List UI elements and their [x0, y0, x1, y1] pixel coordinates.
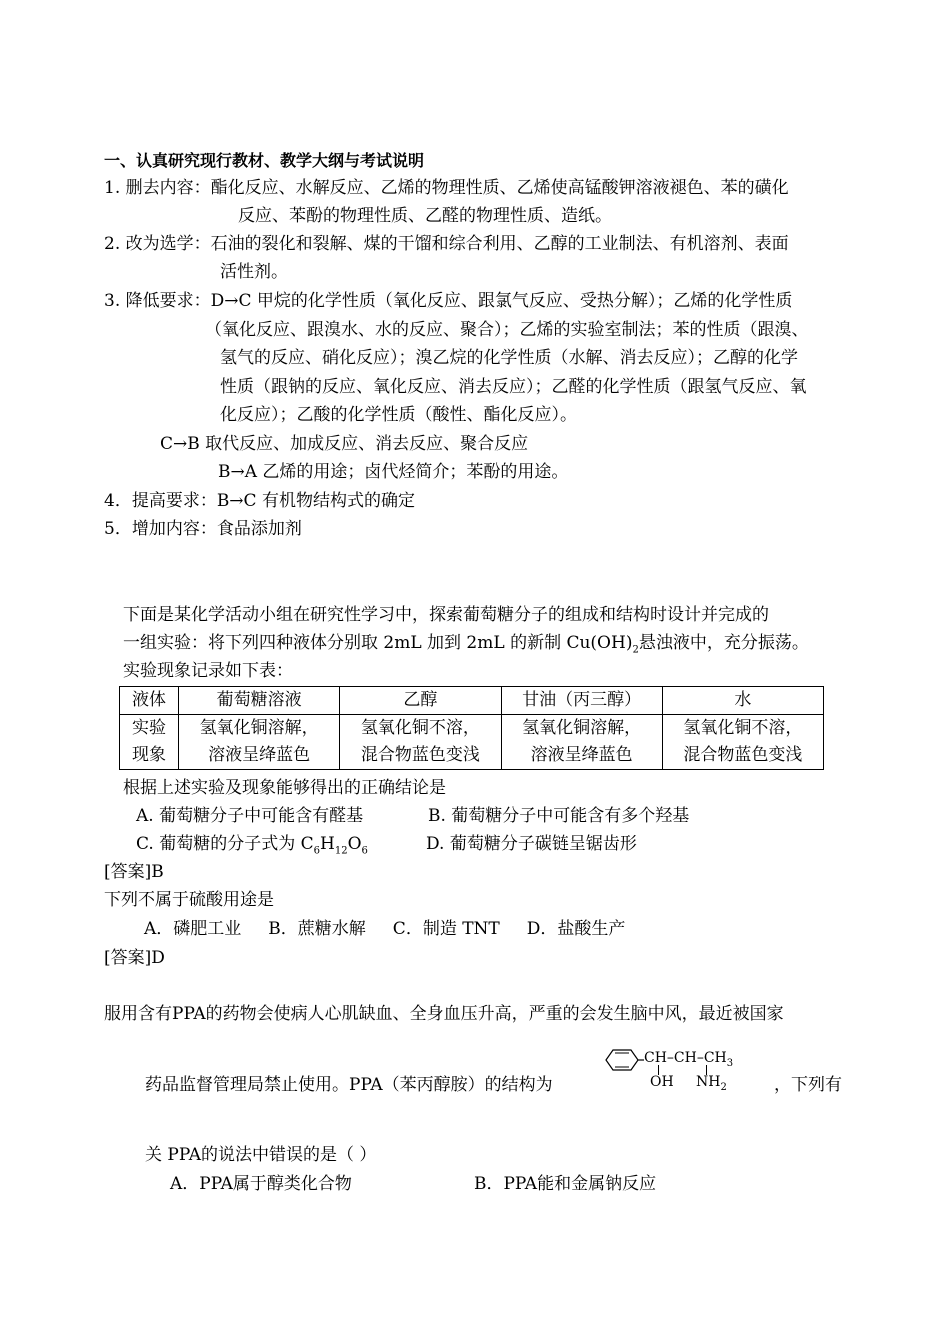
- section-heading: 一、认真研究现行教材、教学大纲与考试说明: [104, 150, 424, 172]
- table-cell-liquid-label: 液体: [120, 687, 179, 715]
- cell-line-2: 溶液呈绛蓝色: [183, 742, 335, 769]
- item-3-line-3: 氢气的反应、硝化反应）；溴乙烷的化学性质（水解、消去反应）；乙醇的化学: [220, 347, 798, 369]
- q1-option-c: C. 葡萄糖的分子式为 C6H12O6: [136, 833, 368, 855]
- q2-options: A．磷肥工业 B．蔗糖水解 C．制造 TNT D．盐酸生产: [144, 918, 625, 940]
- table-row: 实验 现象 氢氧化铜溶解， 溶液呈绛蓝色 氢氧化铜不溶， 混合物蓝色变浅 氢氧化…: [120, 715, 824, 770]
- q3-line-2: 药品监督管理局禁止使用。PPA（苯丙醇胺）的结构为: [145, 1074, 553, 1096]
- table-header: 水: [662, 687, 823, 715]
- ppa-structure: CH–CH–CH3 OH NH2: [600, 1046, 760, 1094]
- table-cell-phenomenon-label: 实验 现象: [120, 715, 179, 770]
- structure-oh: OH: [650, 1074, 674, 1090]
- q1-intro-2a: 一组实验：将下列四种液体分别取 2mL 加到 2mL 的新制 Cu(OH): [123, 633, 632, 653]
- item-3-line-7: B→A 乙烯的用途；卤代烃简介；苯酚的用途。: [218, 461, 568, 483]
- q3-option-a: A．PPA属于醇类化合物: [170, 1173, 352, 1195]
- q1-answer: [答案]B: [104, 861, 164, 883]
- q3-line-2-tail: ，下列有: [774, 1074, 842, 1096]
- item-1-line-2: 反应、苯酚的物理性质、乙醛的物理性质、造纸。: [238, 205, 612, 227]
- formula-sub: 6: [362, 845, 368, 856]
- q2-stem: 下列不属于硫酸用途是: [104, 889, 274, 911]
- benzene-ring-icon: [600, 1046, 644, 1074]
- cell-line-1: 氢氧化铜不溶，: [344, 715, 496, 742]
- label-line-2: 现象: [124, 742, 174, 769]
- formula-sub: 12: [335, 845, 348, 856]
- q1-option-d: D. 葡萄糖分子碳链呈锯齿形: [426, 833, 637, 855]
- item-2-line-1: 2. 改为选学：石油的裂化和裂解、煤的干馏和综合利用、乙醇的工业制法、有机溶剂、…: [104, 233, 789, 255]
- item-3-line-5: 化反应）；乙酸的化学性质（酸性、酯化反应）。: [220, 404, 577, 426]
- item-3-line-2: （氧化反应、跟溴水、水的反应、聚合）；乙烯的实验室制法；苯的性质（跟溴、: [205, 319, 809, 341]
- experiment-table: 液体 葡萄糖溶液 乙醇 甘油（丙三醇） 水 实验 现象 氢氧化铜溶解， 溶液呈绛…: [119, 686, 824, 770]
- table-cell: 氢氧化铜溶解， 溶液呈绛蓝色: [179, 715, 340, 770]
- table-cell: 氢氧化铜不溶， 混合物蓝色变浅: [662, 715, 823, 770]
- item-3-line-4: 性质（跟钠的反应、氧化反应、消去反应）；乙醛的化学性质（跟氢气反应、氧: [220, 376, 807, 398]
- q3-line-3: 关 PPA的说法中错误的是（ ）: [145, 1144, 376, 1166]
- formula-h: H: [320, 834, 335, 854]
- table-header: 乙醇: [340, 687, 501, 715]
- q3-line-1: 服用含有PPA的药物会使病人心肌缺血、全身血压升高，严重的会发生脑中风，最近被国…: [104, 1003, 784, 1025]
- q1-option-a: A. 葡萄糖分子中可能含有醛基: [136, 805, 363, 827]
- item-4: 4．提高要求：B→C 有机物结构式的确定: [104, 490, 415, 512]
- cell-line-1: 氢氧化铜溶解，: [506, 715, 658, 742]
- table-row: 液体 葡萄糖溶液 乙醇 甘油（丙三醇） 水: [120, 687, 824, 715]
- table-header: 葡萄糖溶液: [179, 687, 340, 715]
- q1-intro-2b: 悬浊液中，充分振荡。: [639, 633, 809, 653]
- formula-o: O: [348, 834, 362, 854]
- structure-chain: CH–CH–CH3: [644, 1050, 733, 1066]
- structure-nh2: NH2: [696, 1074, 727, 1090]
- item-5: 5．增加内容：食品添加剂: [104, 518, 302, 540]
- cell-line-2: 溶液呈绛蓝色: [506, 742, 658, 769]
- item-1-line-1: 1. 删去内容：酯化反应、水解反应、乙烯的物理性质、乙烯使高锰酸钾溶液褪色、苯的…: [104, 177, 789, 199]
- item-3-line-6: C→B 取代反应、加成反应、消去反应、聚合反应: [160, 433, 528, 455]
- cell-line-2: 混合物蓝色变浅: [667, 742, 819, 769]
- q1-intro-line-2: 一组实验：将下列四种液体分别取 2mL 加到 2mL 的新制 Cu(OH)2悬浊…: [123, 632, 809, 654]
- item-2-line-2: 活性剂。: [220, 261, 288, 283]
- table-cell: 氢氧化铜溶解， 溶液呈绛蓝色: [501, 715, 662, 770]
- cell-line-1: 氢氧化铜溶解，: [183, 715, 335, 742]
- q1-option-b: B. 葡萄糖分子中可能含有多个羟基: [428, 805, 689, 827]
- table-cell: 氢氧化铜不溶， 混合物蓝色变浅: [340, 715, 501, 770]
- q1-intro-line-3: 实验现象记录如下表：: [123, 660, 293, 682]
- item-3-line-1: 3. 降低要求：D→C 甲烷的化学性质（氧化反应、跟氯气反应、受热分解）；乙烯的…: [104, 290, 792, 312]
- formula-prefix: C. 葡萄糖的分子式为 C: [136, 834, 314, 854]
- label-line-1: 实验: [124, 715, 174, 742]
- table-header: 甘油（丙三醇）: [501, 687, 662, 715]
- q1-intro-line-1: 下面是某化学活动小组在研究性学习中，探索葡萄糖分子的组成和结构时设计并完成的: [123, 604, 769, 626]
- q3-option-b: B．PPA能和金属钠反应: [474, 1173, 656, 1195]
- q1-stem: 根据上述实验及现象能够得出的正确结论是: [123, 777, 446, 799]
- cell-line-1: 氢氧化铜不溶，: [667, 715, 819, 742]
- cell-line-2: 混合物蓝色变浅: [344, 742, 496, 769]
- q2-answer: [答案]D: [104, 947, 165, 969]
